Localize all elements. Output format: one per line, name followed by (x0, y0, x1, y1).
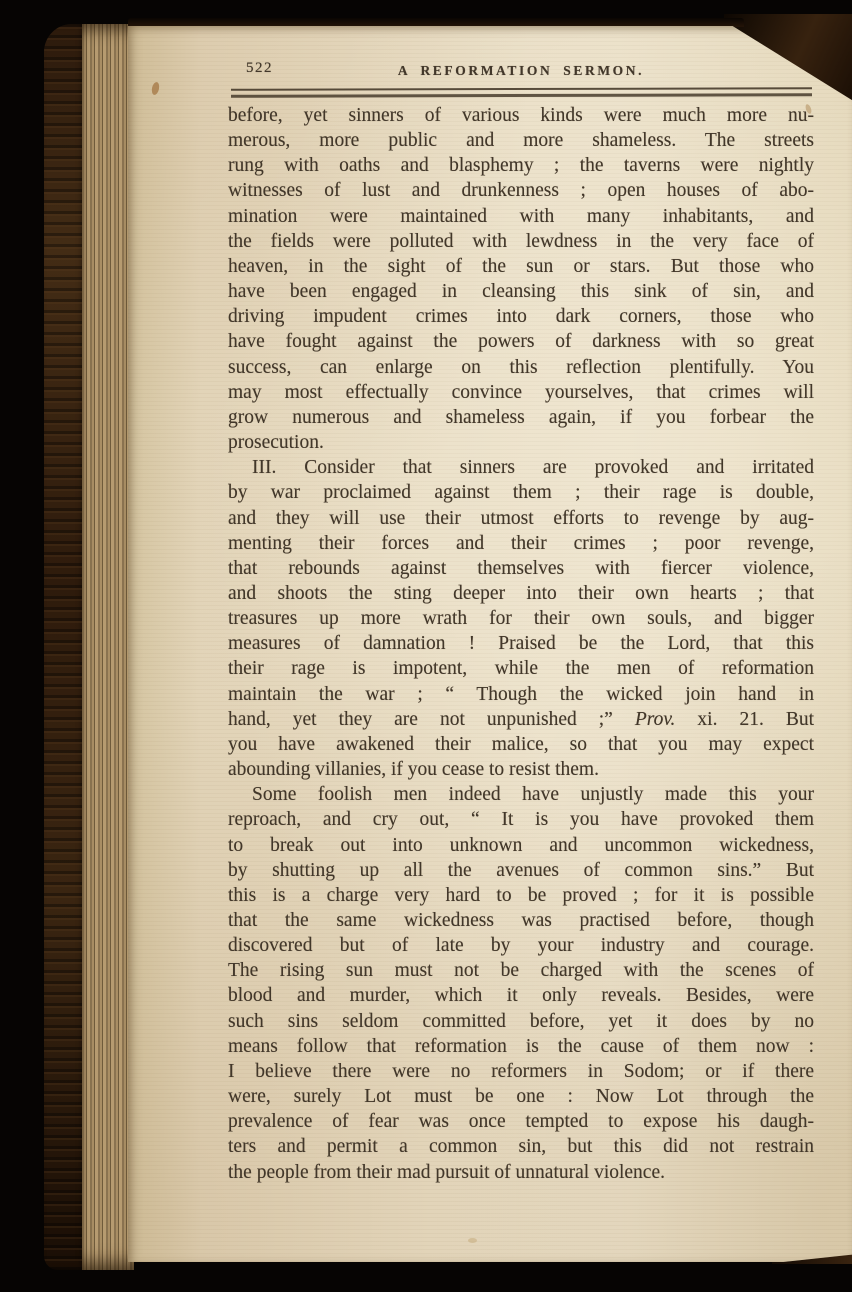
text-line: hand, yet they are not unpunished ;” Pro… (228, 707, 814, 732)
text-line: III. Consider that sinners are provoked … (228, 455, 814, 480)
text-line: maintain the war ; “ Though the wicked j… (228, 682, 814, 707)
text-line: menting their forces and their crimes ; … (228, 531, 814, 556)
text-line: by shutting up all the avenues of common… (228, 858, 814, 883)
text-line: the fields were polluted with lewdness i… (228, 229, 814, 254)
book-binding (44, 24, 134, 1270)
text-line: The rising sun must not be charged with … (228, 958, 814, 983)
text-line: that rebounds against themselves with fi… (228, 556, 814, 581)
text-line: witnesses of lust and drunkenness ; open… (228, 178, 814, 203)
text-line: rung with oaths and blasphemy ; the tave… (228, 153, 814, 178)
text-line: to break out into unknown and uncommon w… (228, 833, 814, 858)
text-line: that the same wickedness was practised b… (228, 908, 814, 933)
running-head-title: A REFORMATION SERMON. (230, 63, 812, 79)
text-line: you have awakened their malice, so that … (228, 732, 814, 757)
text-line: I believe there were no reformers in Sod… (228, 1059, 814, 1084)
text-line: treasures up more wrath for their own so… (228, 606, 814, 631)
text-line: means follow that reformation is the cau… (228, 1034, 814, 1059)
leather-cover-edge (44, 24, 86, 1270)
text-line: success, can enlarge on this reflection … (228, 355, 814, 380)
text-line: by war proclaimed against them ; their r… (228, 480, 814, 505)
text-line: this is a charge very hard to be proved … (228, 883, 814, 908)
text-line: measures of damnation ! Praised be the L… (228, 631, 814, 656)
text-line: and shoots the sting deeper into their o… (228, 581, 814, 606)
text-line: merous, more public and more shameless. … (228, 128, 814, 153)
text-line: reproach, and cry out, “ It is you have … (228, 807, 814, 832)
cover-top-edge (128, 18, 744, 27)
text-line: mination were maintained with many inhab… (228, 204, 814, 229)
book-photograph: 522 A REFORMATION SERMON. before, yet si… (0, 0, 852, 1292)
header-double-rule (231, 87, 812, 98)
text-line: have fought against the powers of darkne… (228, 329, 814, 354)
text-line: blood and murder, which it only reveals.… (228, 983, 814, 1008)
text-line: such sins seldom committed before, yet i… (228, 1009, 814, 1034)
page-fore-edge (82, 24, 134, 1270)
text-line: the people from their mad pursuit of unn… (228, 1160, 814, 1185)
text-line: ters and permit a common sin, but this d… (228, 1134, 814, 1159)
text-line: Some foolish men indeed have unjustly ma… (228, 782, 814, 807)
body-text: before, yet sinners of various kinds wer… (228, 103, 814, 1185)
text-line: discovered but of late by your industry … (228, 933, 814, 958)
paper-stain (468, 1238, 477, 1243)
text-line: abounding villanies, if you cease to res… (228, 757, 814, 782)
text-line: may most effectually convince yourselves… (228, 380, 814, 405)
text-line: and they will use their utmost efforts t… (228, 506, 814, 531)
text-line: were, surely Lot must be one : Now Lot t… (228, 1084, 814, 1109)
text-line: heaven, in the sight of the sun or stars… (228, 254, 814, 279)
text-line: prosecution. (228, 430, 814, 455)
text-line: before, yet sinners of various kinds wer… (228, 103, 814, 128)
text-line: grow numerous and shameless again, if yo… (228, 405, 814, 430)
text-line: have been engaged in cleansing this sink… (228, 279, 814, 304)
text-line: their rage is impotent, while the men of… (228, 656, 814, 681)
text-line: prevalence of fear was once tempted to e… (228, 1109, 814, 1134)
text-line: driving impudent crimes into dark corner… (228, 304, 814, 329)
